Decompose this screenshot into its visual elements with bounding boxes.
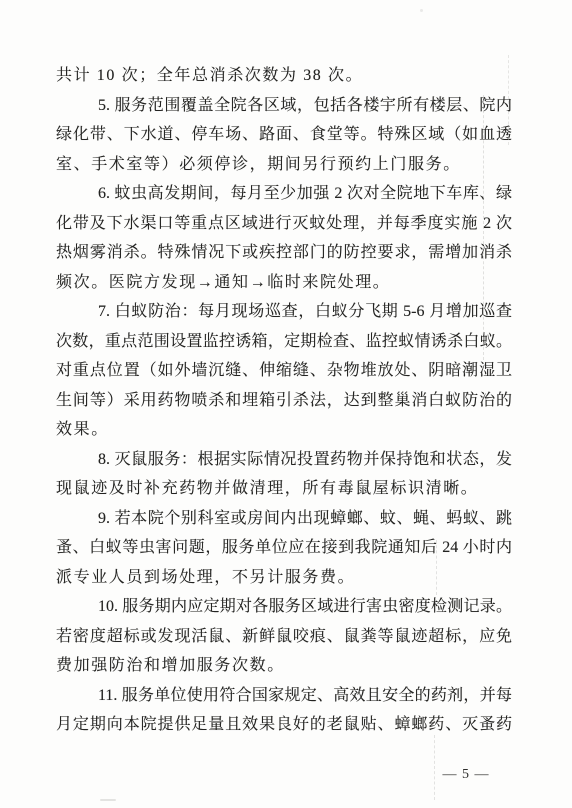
text-line: 若密度超标或发现活鼠、新鲜鼠咬痕、鼠粪等鼠迹超标，应免 [56, 622, 512, 652]
text-line: 5. 服务范围覆盖全院各区域，包括各楼宇所有楼层、院内 [56, 91, 512, 121]
document-page: 共计 10 次；全年总消杀次数为 38 次。5. 服务范围覆盖全院各区域，包括各… [0, 0, 572, 808]
text-line: 6. 蚊虫高发期间，每月至少加强 2 次对全院地下车库、绿 [56, 179, 512, 209]
text-line: 对重点位置（如外墙沉缝、伸缩缝、杂物堆放处、阴暗潮湿卫 [56, 356, 512, 386]
document-body: 共计 10 次；全年总消杀次数为 38 次。5. 服务范围覆盖全院各区域，包括各… [56, 61, 512, 740]
text-line: 室、手术室等）必须停诊，期间另行预约上门服务。 [56, 150, 512, 180]
text-line: 绿化带、下水道、停车场、路面、食堂等。特殊区域（如血透 [56, 120, 512, 150]
text-line: 10. 服务期内应定期对各服务区域进行害虫密度检测记录。 [56, 592, 512, 622]
scan-artifact-vertical-streak [434, 735, 435, 800]
scan-artifact-vertical-streak [436, 540, 437, 595]
text-line: 频次。医院方发现→通知→临时来院处理。 [56, 268, 512, 298]
text-line: 7. 白蚁防治：每月现场巡查，白蚁分飞期 5-6 月增加巡查 [56, 297, 512, 327]
text-line: 11. 服务单位使用符合国家规定、高效且安全的药剂，并每 [56, 681, 512, 711]
page-number: — 5 — [433, 765, 499, 785]
text-line: 8. 灭鼠服务：根据实际情况投置药物并保持饱和状态，发 [56, 445, 512, 475]
scan-artifact-vertical-streak [508, 55, 509, 145]
text-line: 生间等）采用药物喷杀和埋箱引杀法，达到整巢消白蚁防治的 [56, 386, 512, 416]
text-line: 月定期向本院提供足量且效果良好的老鼠贴、蟑螂药、灭蚤药 [56, 710, 512, 740]
text-line: 共计 10 次；全年总消杀次数为 38 次。 [56, 61, 512, 91]
text-line: 9. 若本院个别科室或房间内出现蟑螂、蚊、蝇、蚂蚁、跳 [56, 504, 512, 534]
text-line: 费加强防治和增加服务次数。 [56, 651, 512, 681]
text-line: 蚤、白蚁等虫害问题，服务单位应在接到我院通知后 24 小时内 [56, 533, 512, 563]
text-line: 派专业人员到场处理，不另计服务费。 [56, 563, 512, 593]
scan-artifact-smudge [100, 799, 116, 801]
scan-artifact-speck [420, 9, 423, 12]
text-line: 热烟雾消杀。特殊情况下或疾控部门的防控要求，需增加消杀 [56, 238, 512, 268]
text-line: 次数，重点范围设置监控诱箱，定期检查、监控蚁情诱杀白蚁。 [56, 327, 512, 357]
scan-artifact-vertical-streak [483, 95, 484, 360]
text-line: 效果。 [56, 415, 512, 445]
text-line: 化带及下水渠口等重点区域进行灭蚊处理，并每季度实施 2 次 [56, 209, 512, 239]
text-line: 现鼠迹及时补充药物并做清理，所有毒鼠屋标识清晰。 [56, 474, 512, 504]
